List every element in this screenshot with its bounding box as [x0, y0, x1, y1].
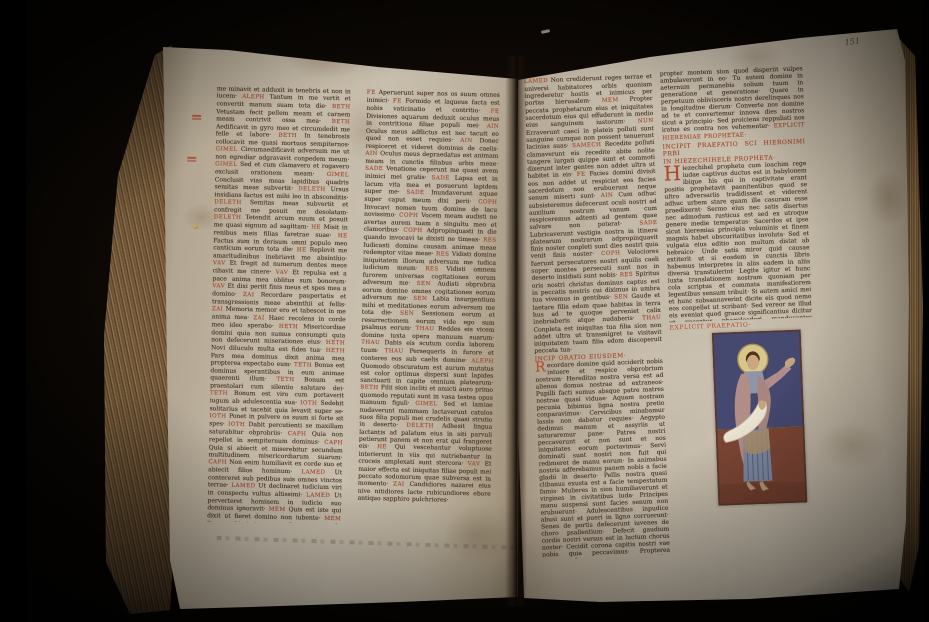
hebrew-letter-rubric: BETH	[332, 104, 351, 110]
hebrew-letter-rubric: FE	[491, 109, 500, 115]
hebrew-letter-rubric: TETH	[294, 362, 312, 368]
film-edge-left	[0, 0, 26, 622]
hebrew-letter-rubric: THAU	[415, 326, 434, 332]
hebrew-letter-rubric: TETH	[210, 390, 228, 396]
right-page: 151 LAMED Non crediderunt reges terrae e…	[516, 22, 916, 610]
hebrew-letter-rubric: THAU	[361, 340, 380, 346]
hebrew-letter-rubric: TETH	[276, 377, 294, 383]
illuminated-initial: R	[535, 362, 546, 373]
hebrew-letter-rubric: MEM	[324, 516, 341, 522]
gold-dot-mark	[194, 225, 198, 229]
hebrew-letter-rubric: SEN	[400, 311, 414, 317]
manuscript-text: iezechihel propheta cum ioachim rege iud…	[664, 160, 812, 322]
hebrew-letter-rubric: AIN	[460, 138, 472, 144]
left-page-content: me minavit et adduxit in tenebris et non…	[145, 38, 520, 622]
hebrew-letter-rubric: SEN	[417, 281, 431, 287]
hebrew-letter-rubric: ZAI	[393, 481, 404, 487]
right-page-column-1: LAMED Non crediderunt reges terrae et un…	[524, 73, 670, 560]
hebrew-letter-rubric: FE	[393, 98, 402, 104]
hebrew-letter-rubric: GIMEL	[415, 401, 437, 408]
hebrew-letter-rubric: RES	[620, 272, 634, 279]
manuscript-text: Divisiones aquarum deduxit oculus meus i…	[366, 113, 499, 130]
hebrew-letter-rubric: GIMEL	[215, 146, 237, 153]
left-page-column-1: me minavit et adduxit in tenebris et non…	[207, 85, 351, 524]
hebrew-letter-rubric: MEM	[269, 507, 286, 513]
hebrew-letter-rubric: COPH	[601, 250, 620, 257]
prophet-figure-illustration	[712, 329, 808, 505]
hebrew-letter-rubric: BETH	[360, 385, 379, 391]
hebrew-letter-rubric: HETH	[326, 348, 345, 354]
right-page-content: 151 LAMED Non crediderunt reges terrae e…	[514, 7, 929, 610]
hebrew-letter-rubric: ZAI	[253, 315, 264, 321]
hebrew-letter-rubric: HE	[338, 233, 348, 239]
manuscript-text: Conclusit vias meas lapidibus quadris se…	[215, 176, 349, 192]
hebrew-letter-rubric: IOTH	[228, 422, 245, 428]
hebrew-letter-rubric: AIN	[601, 193, 614, 199]
hebrew-letter-rubric: IOTH	[300, 400, 317, 406]
right-page-column-2: propter montem sion quod disperiit vulpe…	[660, 65, 813, 322]
binding-gutter	[505, 56, 527, 606]
highlight-speck	[541, 29, 550, 34]
manuscript-photograph: me minavit et adduxit in tenebris et non…	[0, 0, 929, 622]
hebrew-letter-rubric: LAMED	[524, 78, 548, 85]
hebrew-letter-rubric: MEM	[602, 97, 619, 104]
hebrew-letter-rubric: THAU	[642, 315, 661, 322]
hebrew-letter-rubric: AIN	[365, 151, 377, 157]
hebrew-letter-rubric: SAMECH	[572, 142, 601, 149]
hebrew-letter-rubric: RES	[436, 251, 449, 257]
hebrew-letter-rubric: RES	[483, 237, 496, 243]
hebrew-letter-rubric: HETH	[326, 340, 345, 346]
prophet-ezekiel-miniature	[712, 329, 808, 505]
lower-margin-annotation	[217, 536, 517, 550]
hebrew-letter-rubric: DELETH	[298, 186, 326, 193]
hebrew-letter-rubric: FE	[367, 90, 376, 96]
marginal-note	[187, 157, 196, 159]
hebrew-letter-rubric: GIMEL	[215, 161, 237, 168]
hebrew-letter-rubric: RES	[425, 266, 438, 272]
hebrew-letter-rubric: ALEPH	[242, 94, 265, 101]
hebrew-letter-rubric: LAMED	[306, 492, 330, 499]
hebrew-letter-rubric: COPH	[478, 199, 497, 205]
hebrew-letter-rubric: DELETH	[214, 214, 242, 221]
marginal-note	[192, 115, 201, 117]
hebrew-letter-rubric: CAPH	[288, 431, 307, 437]
manuscript-text: Conpleta est iniquitas tua filia sion no…	[533, 322, 662, 355]
hebrew-letter-rubric: VAV	[468, 461, 481, 467]
manuscript-text: Quomodo obscuratum est aurum mutatus est…	[360, 363, 493, 387]
hebrew-letter-rubric: LAMED	[231, 483, 255, 490]
hebrew-letter-rubric: HE	[311, 225, 321, 231]
hebrew-letter-rubric: DELETH	[214, 199, 242, 206]
illuminated-initial: H	[663, 165, 681, 182]
hebrew-letter-rubric: GIMEL	[327, 172, 349, 179]
hebrew-letter-rubric: SADE	[639, 220, 657, 227]
hebrew-letter-rubric: COPH	[403, 228, 422, 234]
hebrew-letter-rubric: ZAI	[212, 306, 223, 312]
hebrew-letter-rubric: SADE	[365, 166, 383, 172]
hebrew-letter-rubric: SADE	[432, 175, 450, 181]
folio-number: 151	[844, 36, 860, 47]
hebrew-letter-rubric: CAPH	[324, 440, 343, 446]
film-edge-right	[923, 0, 929, 622]
hebrew-letter-rubric: HETH	[279, 324, 298, 330]
hebrew-letter-rubric: BETH	[278, 133, 297, 139]
hebrew-letter-rubric: THAU	[385, 348, 404, 354]
hebrew-letter-rubric: SADE	[406, 190, 424, 196]
hebrew-letter-rubric: CAPH	[208, 459, 227, 465]
hebrew-letter-rubric: VAV	[212, 283, 225, 289]
hebrew-letter-rubric: VAV	[276, 270, 289, 276]
left-page-column-2: FE Aperuerunt super nos os suum omnes in…	[357, 89, 500, 522]
hebrew-letter-rubric: COPH	[399, 213, 418, 219]
hebrew-letter-rubric: BETH	[332, 119, 351, 125]
hebrew-letter-rubric: NUN	[638, 118, 654, 125]
hebrew-letter-rubric: HE	[377, 444, 387, 450]
hebrew-letter-rubric: DELETH	[406, 423, 434, 430]
hebrew-letter-rubric: IOTH	[209, 413, 226, 419]
manuscript-text: Vetustam fecit pellem meam et carnem mea…	[216, 108, 350, 125]
hebrew-letter-rubric: SEN	[614, 294, 628, 301]
hebrew-letter-rubric: LAMED	[301, 469, 325, 476]
hebrew-letter-rubric: FE	[577, 172, 586, 178]
left-page: me minavit et adduxit in tenebris et non…	[158, 38, 520, 616]
hebrew-letter-rubric: AIN	[487, 123, 499, 129]
hebrew-letter-rubric: ZAI	[243, 292, 254, 298]
hebrew-letter-rubric: HE	[297, 247, 307, 253]
hebrew-letter-rubric: ALEPH	[471, 358, 494, 365]
hebrew-letter-rubric: SEN	[413, 296, 427, 302]
manuscript-text: ecordare domine quid acciderit nobis int…	[535, 358, 670, 560]
hebrew-letter-rubric: VAV	[213, 260, 226, 266]
